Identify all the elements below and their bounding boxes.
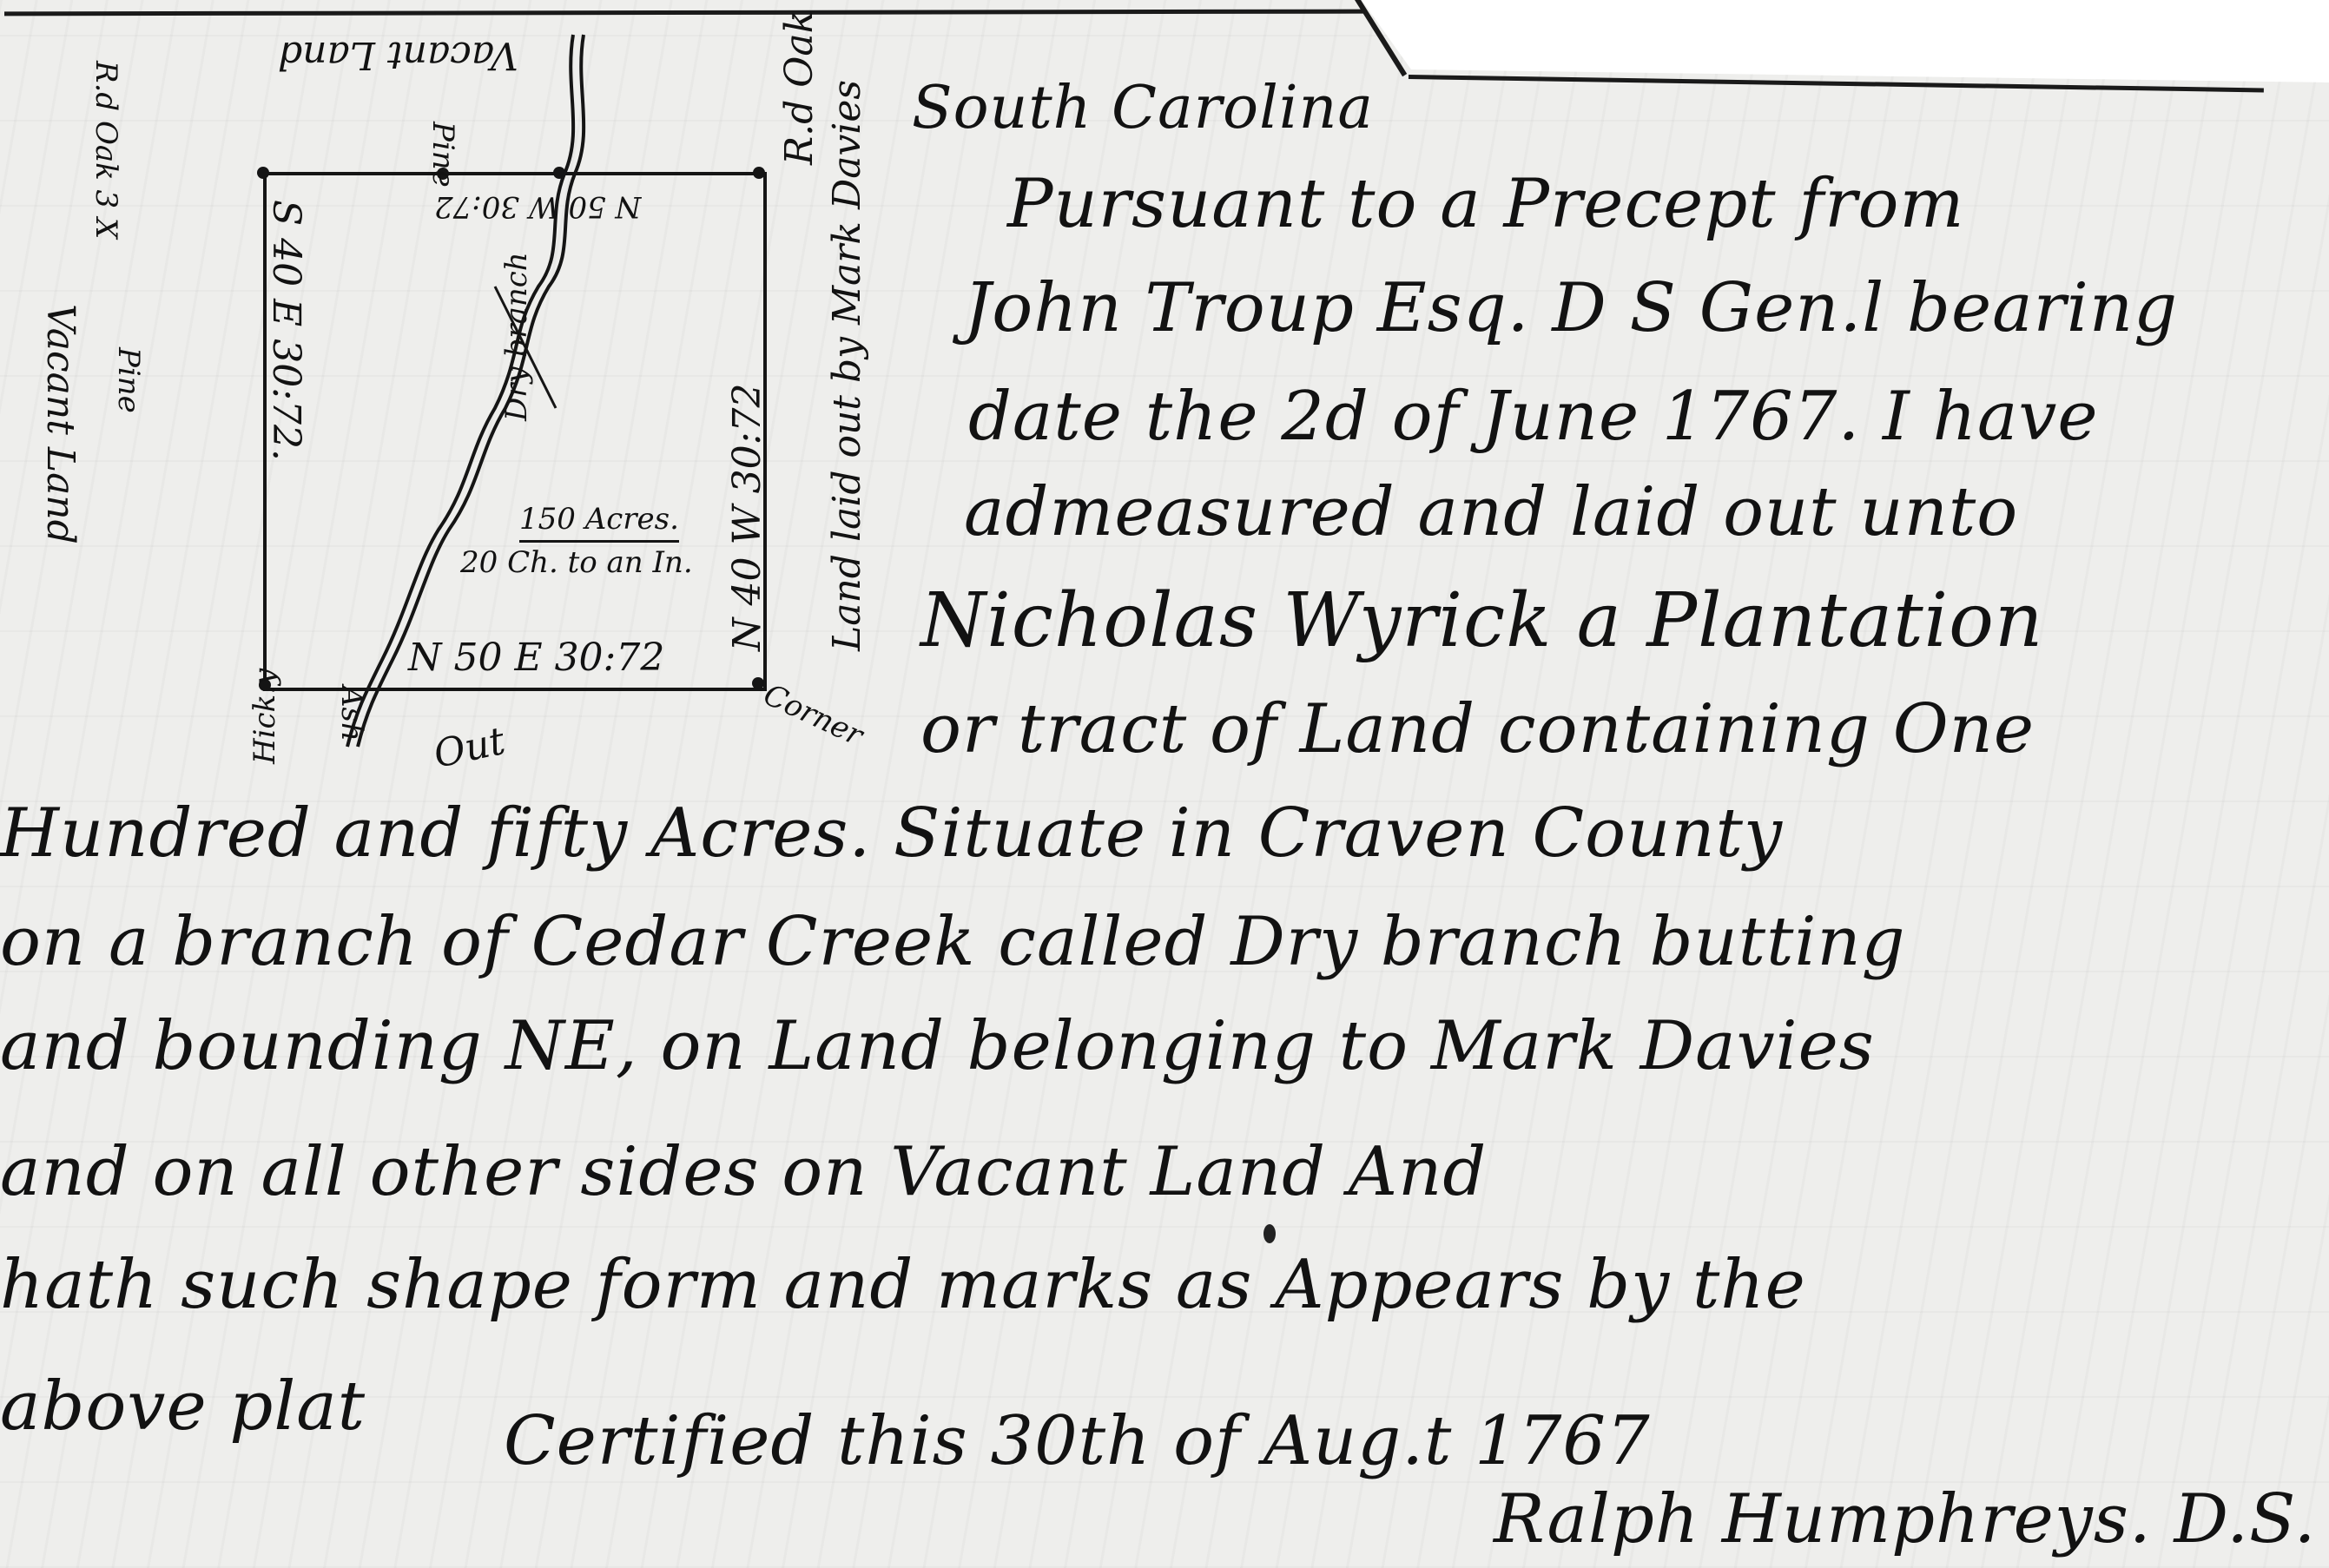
boundary-tree-top: Pine — [426, 122, 460, 188]
body-line-12: above plat — [0, 1367, 366, 1446]
plat-acreage: 150 Acres. — [519, 502, 679, 543]
ink-blot — [1263, 1224, 1276, 1243]
plat-side-left: S 40 E 30:72. — [264, 200, 308, 461]
plat-side-right: N 40 W 30:72 — [725, 384, 769, 651]
corner-label-top-right: R.d Oak 3 X — [777, 0, 821, 165]
body-line-5: Nicholas Wyrick a Plantation — [920, 577, 2043, 664]
document-heading: South Carolina — [912, 74, 1374, 142]
boundary-note-left: Vacant Land — [38, 304, 82, 544]
plat-side-top: N 50 W 30:72 — [434, 189, 641, 224]
surveyor-signature: Ralph Humphreys. D.S. — [1494, 1480, 2316, 1558]
body-line-7: Hundred and fifty Acres. Situate in Crav… — [0, 794, 1783, 873]
plat-scale: 20 Ch. to an In. — [460, 545, 693, 580]
plat-creek-label: Dry branch — [499, 252, 534, 421]
boundary-tree-left: Pine — [111, 347, 146, 413]
body-line-1: Pursuant to a Precept from — [1007, 165, 1964, 243]
body-line-6: or tract of Land containing One — [920, 690, 2035, 768]
plat-side-bottom: N 50 E 30:72 — [408, 636, 664, 680]
boundary-note-bottom-creek: Ash — [334, 686, 369, 741]
body-line-4: admeasured and laid out unto — [964, 473, 2018, 551]
body-line-9: and bounding NE, on Land belonging to Ma… — [0, 1007, 1875, 1085]
corner-label-top-left: R.d Oak 3 X — [89, 61, 123, 239]
boundary-note-top-left: Vacant Land — [278, 33, 518, 77]
boundary-note-right: Land laid out by Mark Davies — [825, 80, 869, 651]
certification-line: Certified this 30th of Aug.t 1767 — [504, 1402, 1651, 1480]
body-line-8: on a branch of Cedar Creek called Dry br… — [0, 903, 1906, 981]
body-line-3: date the 2d of June 1767. I have — [968, 378, 2099, 456]
corner-label-bottom-left: Hick.y — [247, 669, 282, 764]
body-line-2: John Troup Esq. D S Gen.l bearing — [964, 269, 2178, 347]
body-line-11: hath such shape form and marks as Appear… — [0, 1246, 1806, 1324]
body-line-10: and on all other sides on Vacant Land An… — [0, 1133, 1487, 1211]
